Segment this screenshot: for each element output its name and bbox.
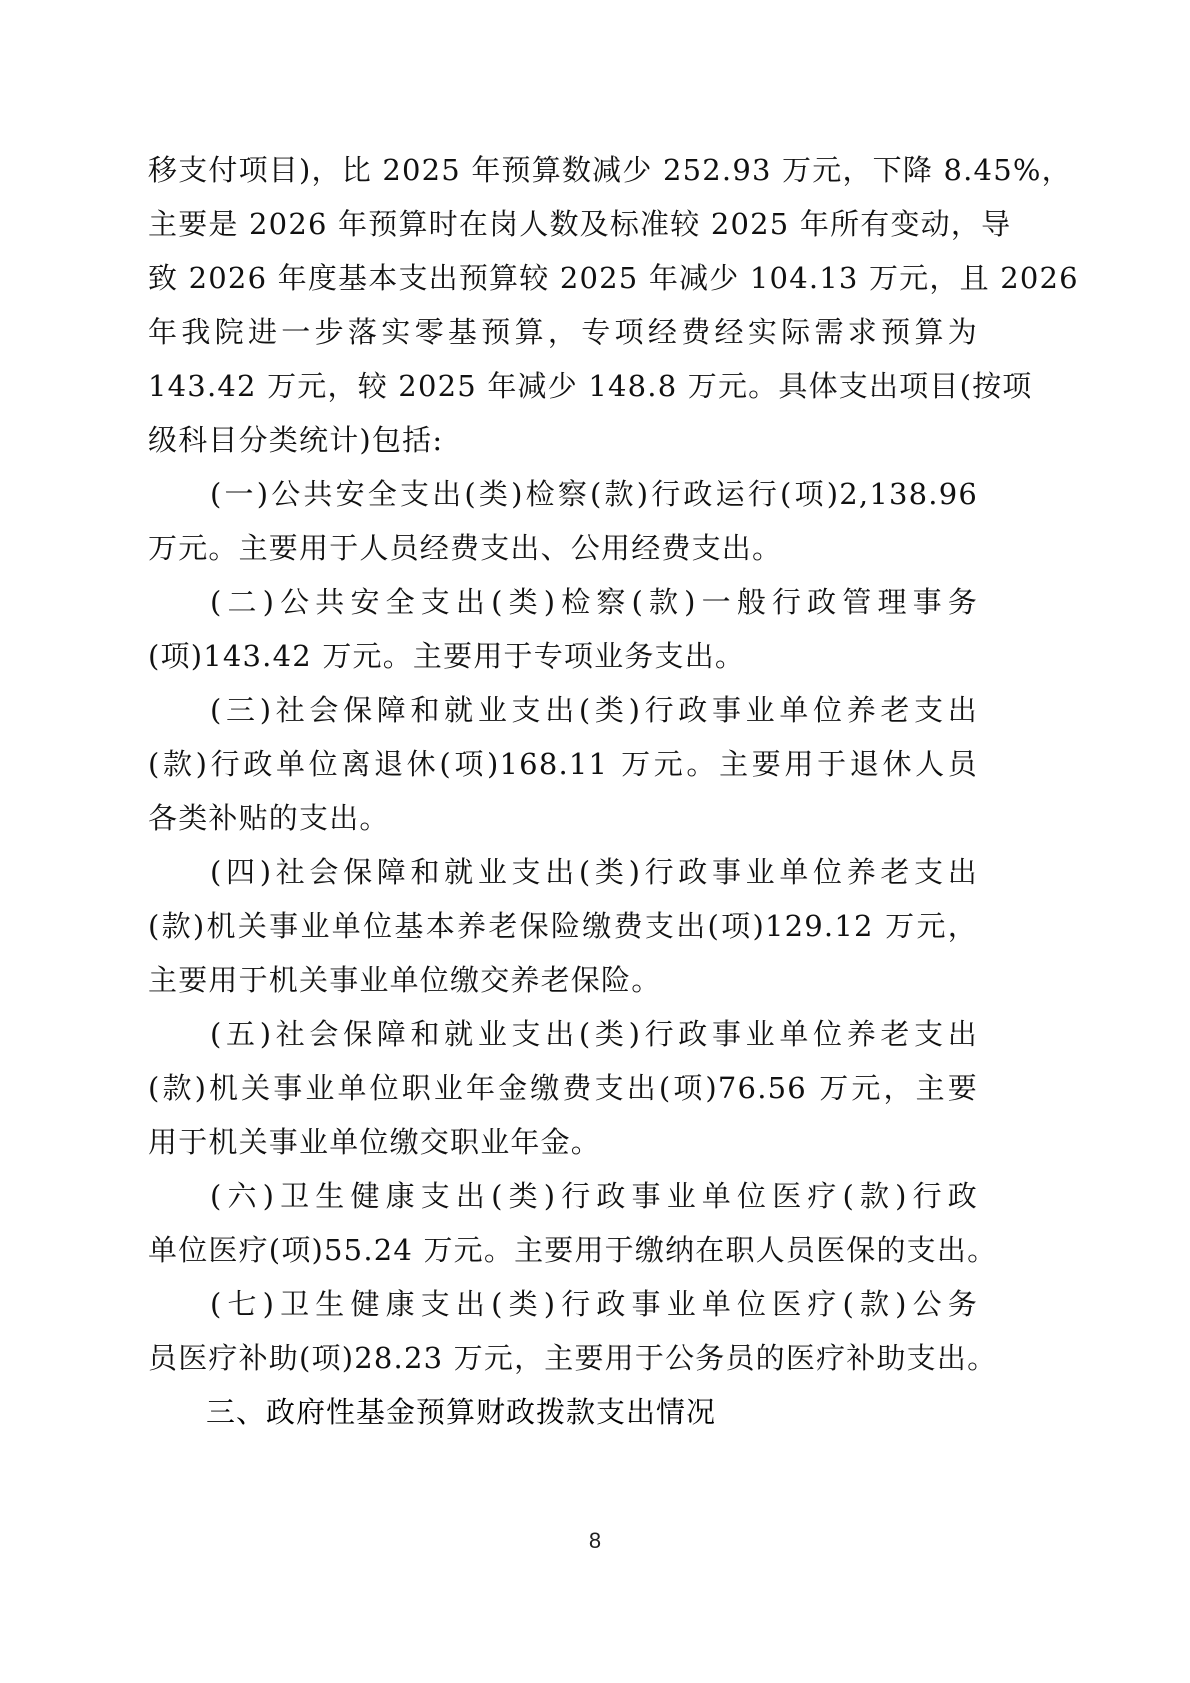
list-item-4-line: (款)机关事业单位基本养老保险缴费支出(项)129.12 万元，: [148, 906, 978, 946]
paragraph-line: 移支付项目)，比 2025 年预算数减少 252.93 万元，下降 8.45%，: [148, 150, 978, 190]
list-item-3-line: (款)行政单位离退休(项)168.11 万元。主要用于退休人员: [148, 744, 978, 784]
paragraph-line: 主要是 2026 年预算时在岗人数及标准较 2025 年所有变动，导: [148, 204, 978, 244]
paragraph-line: 年我院进一步落实零基预算，专项经费经实际需求预算为: [148, 312, 978, 352]
section-heading: 三、政府性基金预算财政拨款支出情况: [206, 1392, 716, 1432]
list-item-3-line: (三)社会保障和就业支出(类)行政事业单位养老支出: [210, 690, 978, 730]
list-item-4-line: 主要用于机关事业单位缴交养老保险。: [148, 960, 661, 1000]
paragraph-line: 级科目分类统计)包括:: [148, 420, 443, 460]
list-item-5-line: (五)社会保障和就业支出(类)行政事业单位养老支出: [210, 1014, 978, 1054]
paragraph-line: 143.42 万元，较 2025 年减少 148.8 万元。具体支出项目(按项: [148, 366, 978, 406]
list-item-5-line: 用于机关事业单位缴交职业年金。: [148, 1122, 601, 1162]
list-item-3-line: 各类补贴的支出。: [148, 798, 390, 838]
paragraph-line: 致 2026 年度基本支出预算较 2025 年减少 104.13 万元，且 20…: [148, 258, 978, 298]
list-item-7-line: (七)卫生健康支出(类)行政事业单位医疗(款)公务: [210, 1284, 978, 1324]
list-item-1-line: 万元。主要用于人员经费支出、公用经费支出。: [148, 528, 782, 568]
list-item-6-line: 单位医疗(项)55.24 万元。主要用于缴纳在职人员医保的支出。: [148, 1230, 978, 1270]
list-item-4-line: (四)社会保障和就业支出(类)行政事业单位养老支出: [210, 852, 978, 892]
list-item-2-line: (项)143.42 万元。主要用于专项业务支出。: [148, 636, 745, 676]
list-item-6-line: (六)卫生健康支出(类)行政事业单位医疗(款)行政: [210, 1176, 978, 1216]
list-item-1-line: (一)公共安全支出(类)检察(款)行政运行(项)2,138.96: [210, 474, 978, 514]
list-item-2-line: (二)公共安全支出(类)检察(款)一般行政管理事务: [210, 582, 978, 622]
page-number: 8: [0, 1528, 1190, 1554]
list-item-5-line: (款)机关事业单位职业年金缴费支出(项)76.56 万元，主要: [148, 1068, 978, 1108]
list-item-7-line: 员医疗补助(项)28.23 万元，主要用于公务员的医疗补助支出。: [148, 1338, 978, 1378]
